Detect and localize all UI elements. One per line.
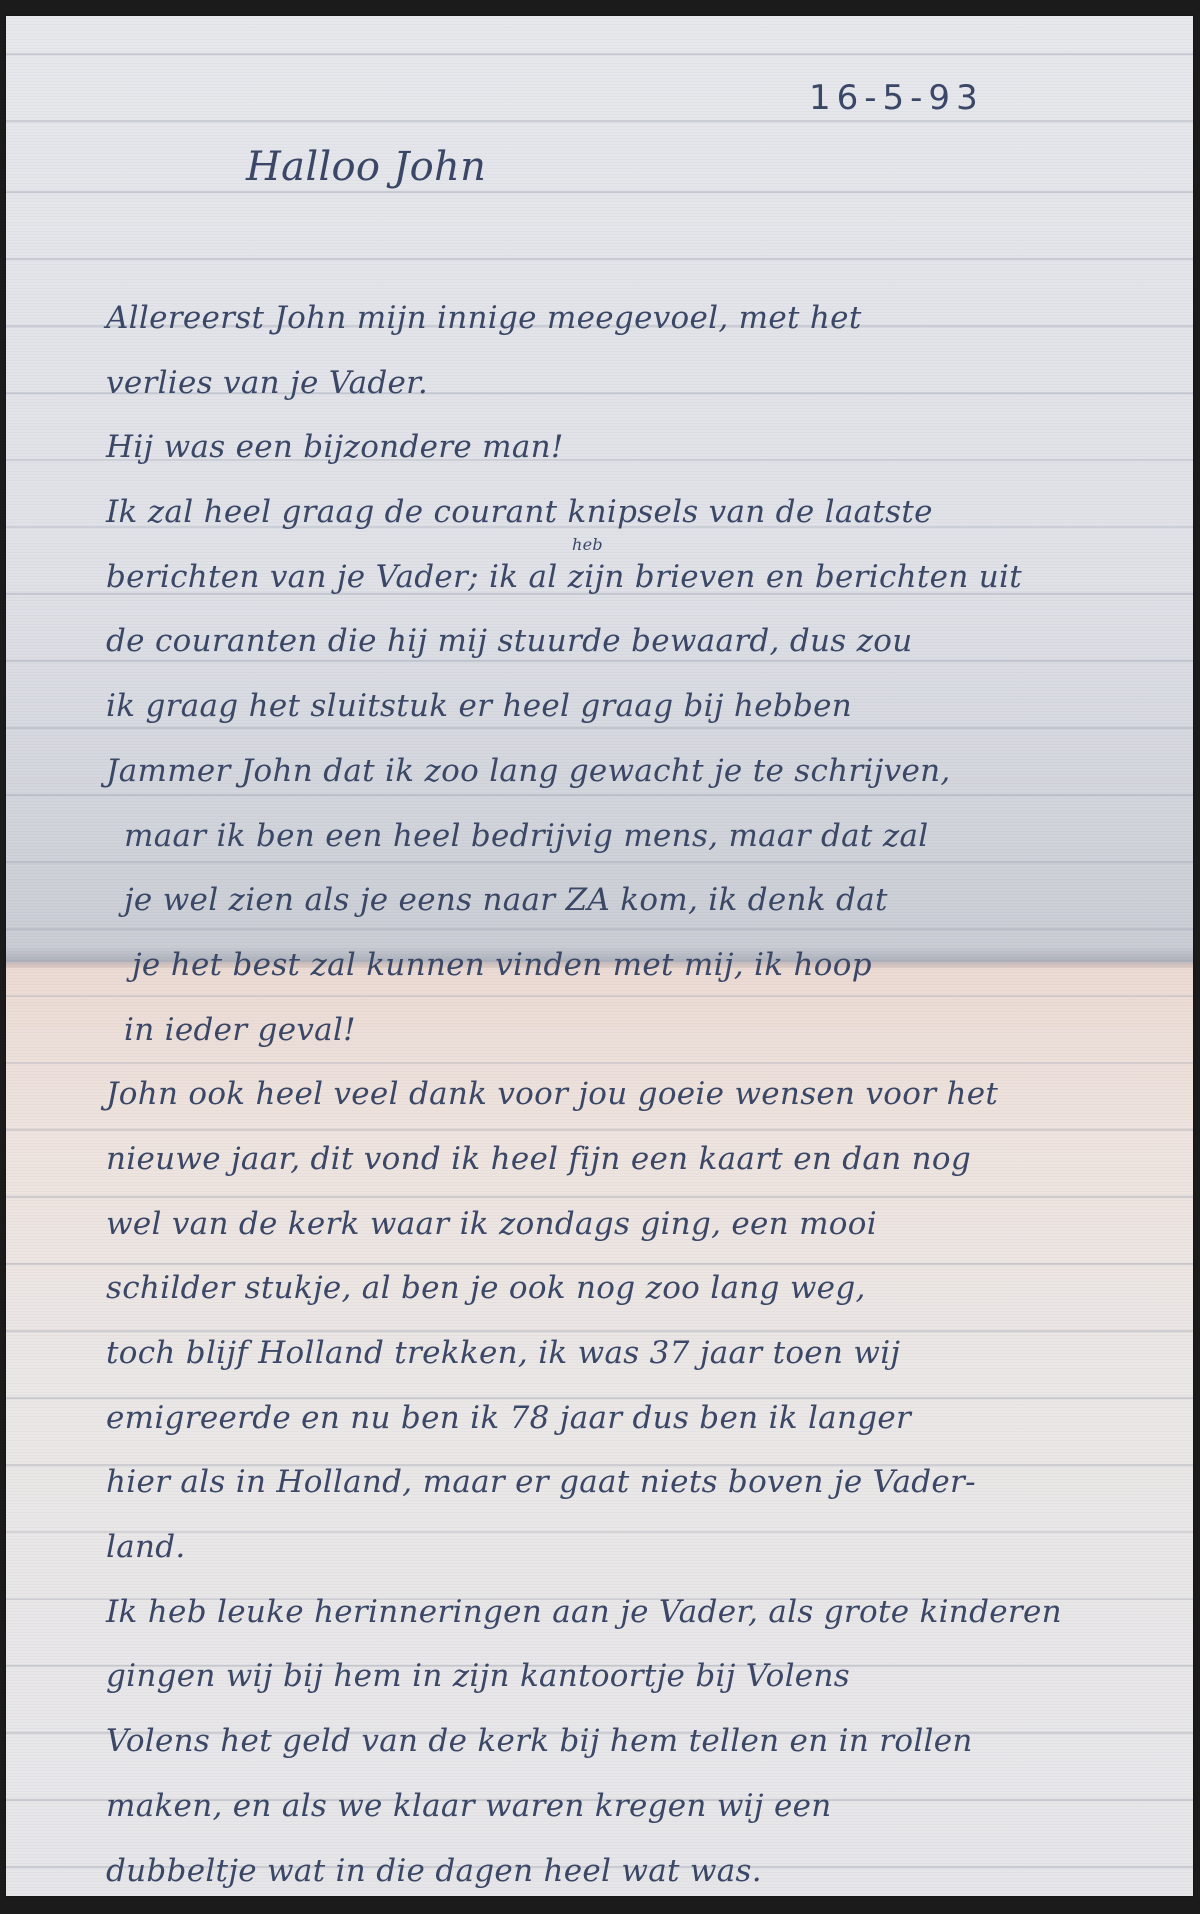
letter-line: gingen wij bij hem in zijn kantoortje bi… [106, 1644, 1166, 1709]
letter-line: land. [106, 1515, 1166, 1580]
letter-line: Volens het geld van de kerk bij hem tell… [106, 1709, 1166, 1774]
letter-line: je het best zal kunnen vinden met mij, i… [106, 933, 1166, 998]
letter-line: ik graag het sluitstuk er heel graag bij… [106, 674, 1166, 739]
letter-line: toch blijf Holland trekken, ik was 37 ja… [106, 1321, 1166, 1386]
letter-line: maar ik ben een heel bedrijvig mens, maa… [106, 804, 1166, 869]
letter-page: 16-5-93 Halloo John heb Allereerst John … [6, 16, 1193, 1896]
letter-line: wel van de kerk waar ik zondags ging, ee… [106, 1192, 1166, 1257]
letter-line: de couranten die hij mij stuurde bewaard… [106, 609, 1166, 674]
letter-line: John ook heel veel dank voor jou goeie w… [106, 1062, 1166, 1127]
letter-line: Ik zal heel graag de courant knipsels va… [106, 480, 1166, 545]
letter-body: Allereerst John mijn innige meegevoel, m… [106, 286, 1166, 1896]
letter-line: in ieder geval! [106, 998, 1166, 1063]
scan-background: 16-5-93 Halloo John heb Allereerst John … [0, 0, 1200, 1914]
letter-line: berichten van je Vader; ik al zijn briev… [106, 545, 1166, 610]
letter-line: dubbeltje wat in die dagen heel wat was. [106, 1839, 1166, 1897]
letter-line: Ik heb leuke herinneringen aan je Vader,… [106, 1580, 1166, 1645]
letter-line: verlies van je Vader. [106, 351, 1166, 416]
letter-line: hier als in Holland, maar er gaat niets … [106, 1450, 1166, 1515]
letter-line: Jammer John dat ik zoo lang gewacht je t… [106, 739, 1166, 804]
letter-line: maken, en als we klaar waren kregen wij … [106, 1774, 1166, 1839]
letter-line: Allereerst John mijn innige meegevoel, m… [106, 286, 1166, 351]
letter-line: emigreerde en nu ben ik 78 jaar dus ben … [106, 1386, 1166, 1451]
letter-line: Hij was een bijzondere man! [106, 415, 1166, 480]
letter-line: schilder stukje, al ben je ook nog zoo l… [106, 1256, 1166, 1321]
salutation: Halloo John [246, 144, 486, 190]
letter-line: je wel zien als je eens naar ZA kom, ik … [106, 868, 1166, 933]
letter-date: 16-5-93 [809, 78, 984, 118]
letter-line: nieuwe jaar, dit vond ik heel fijn een k… [106, 1127, 1166, 1192]
